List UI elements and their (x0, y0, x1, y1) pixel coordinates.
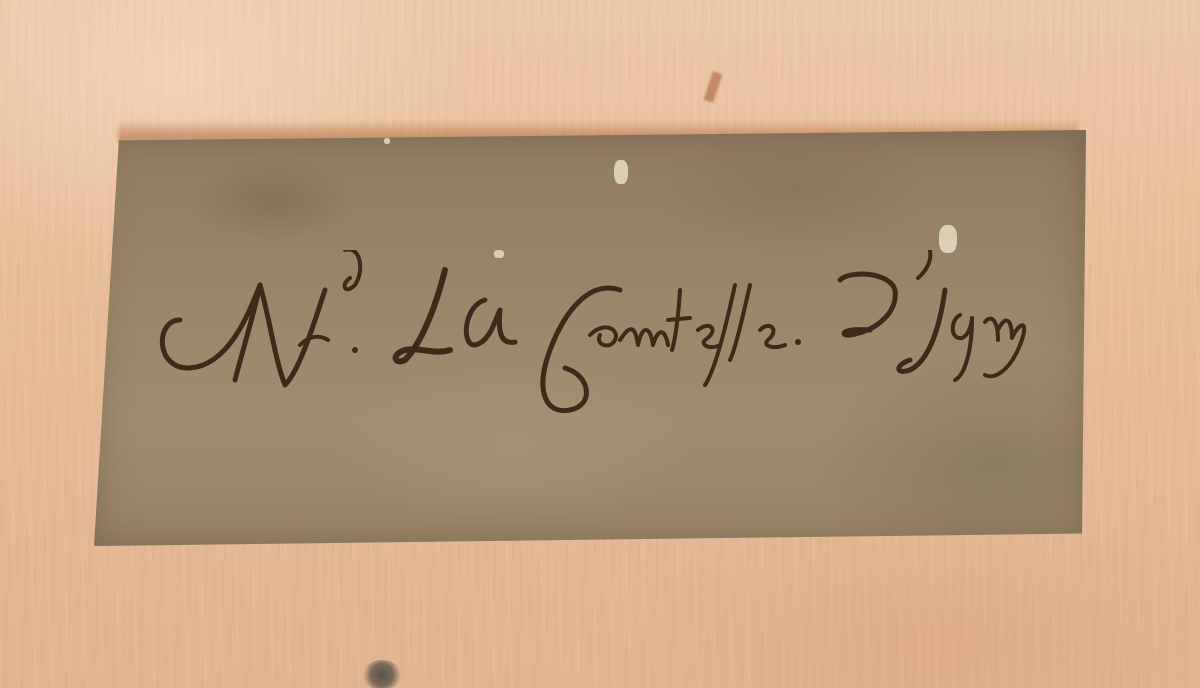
paper-fleck (614, 160, 628, 184)
wood-knot (362, 660, 402, 688)
handwritten-inscription: Mde La Comtesse D'Igny (150, 250, 1050, 440)
paper-fleck (384, 138, 390, 144)
wooden-board: Mde La Comtesse D'Igny (0, 0, 1200, 688)
paper-fleck (939, 225, 957, 253)
wood-stain-mark (704, 71, 723, 103)
inscription-strokes (150, 250, 1050, 440)
